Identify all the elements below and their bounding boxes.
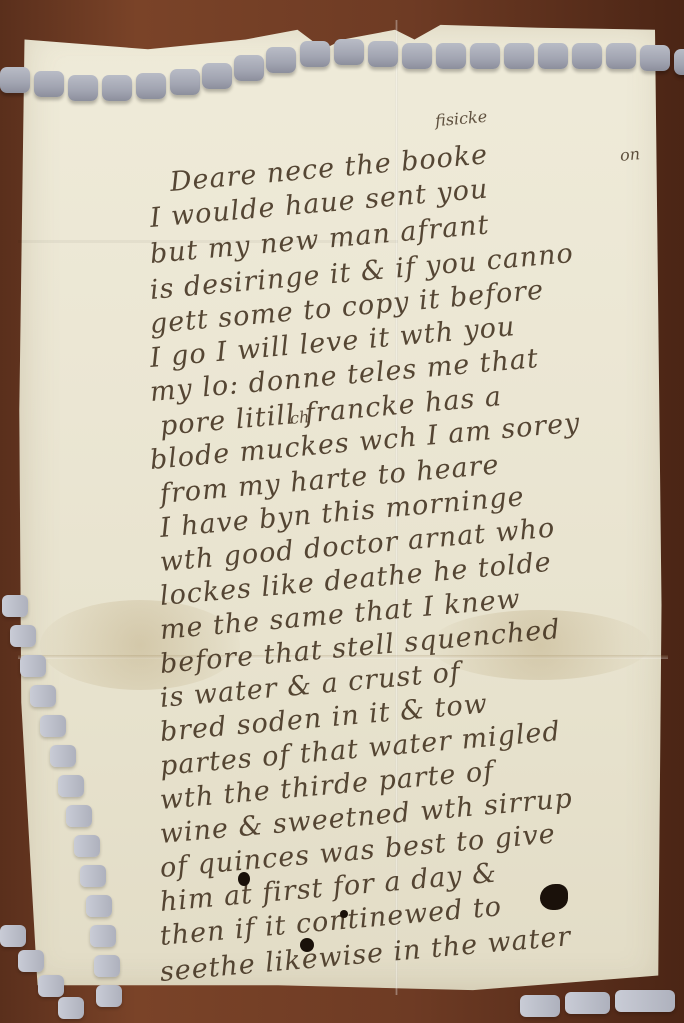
ink-blot bbox=[340, 910, 348, 918]
bottom-ribbon-bead bbox=[520, 995, 560, 1017]
ink-blot bbox=[238, 872, 250, 886]
side-beaded-ribbon bbox=[0, 585, 130, 1023]
bottom-ribbon-bead bbox=[615, 990, 675, 1012]
ink-blot bbox=[300, 938, 314, 952]
ink-blot bbox=[540, 884, 568, 910]
bottom-ribbon-bead bbox=[565, 992, 610, 1014]
interlinear-insertion: on bbox=[619, 144, 641, 165]
top-beaded-ribbon bbox=[0, 35, 684, 105]
